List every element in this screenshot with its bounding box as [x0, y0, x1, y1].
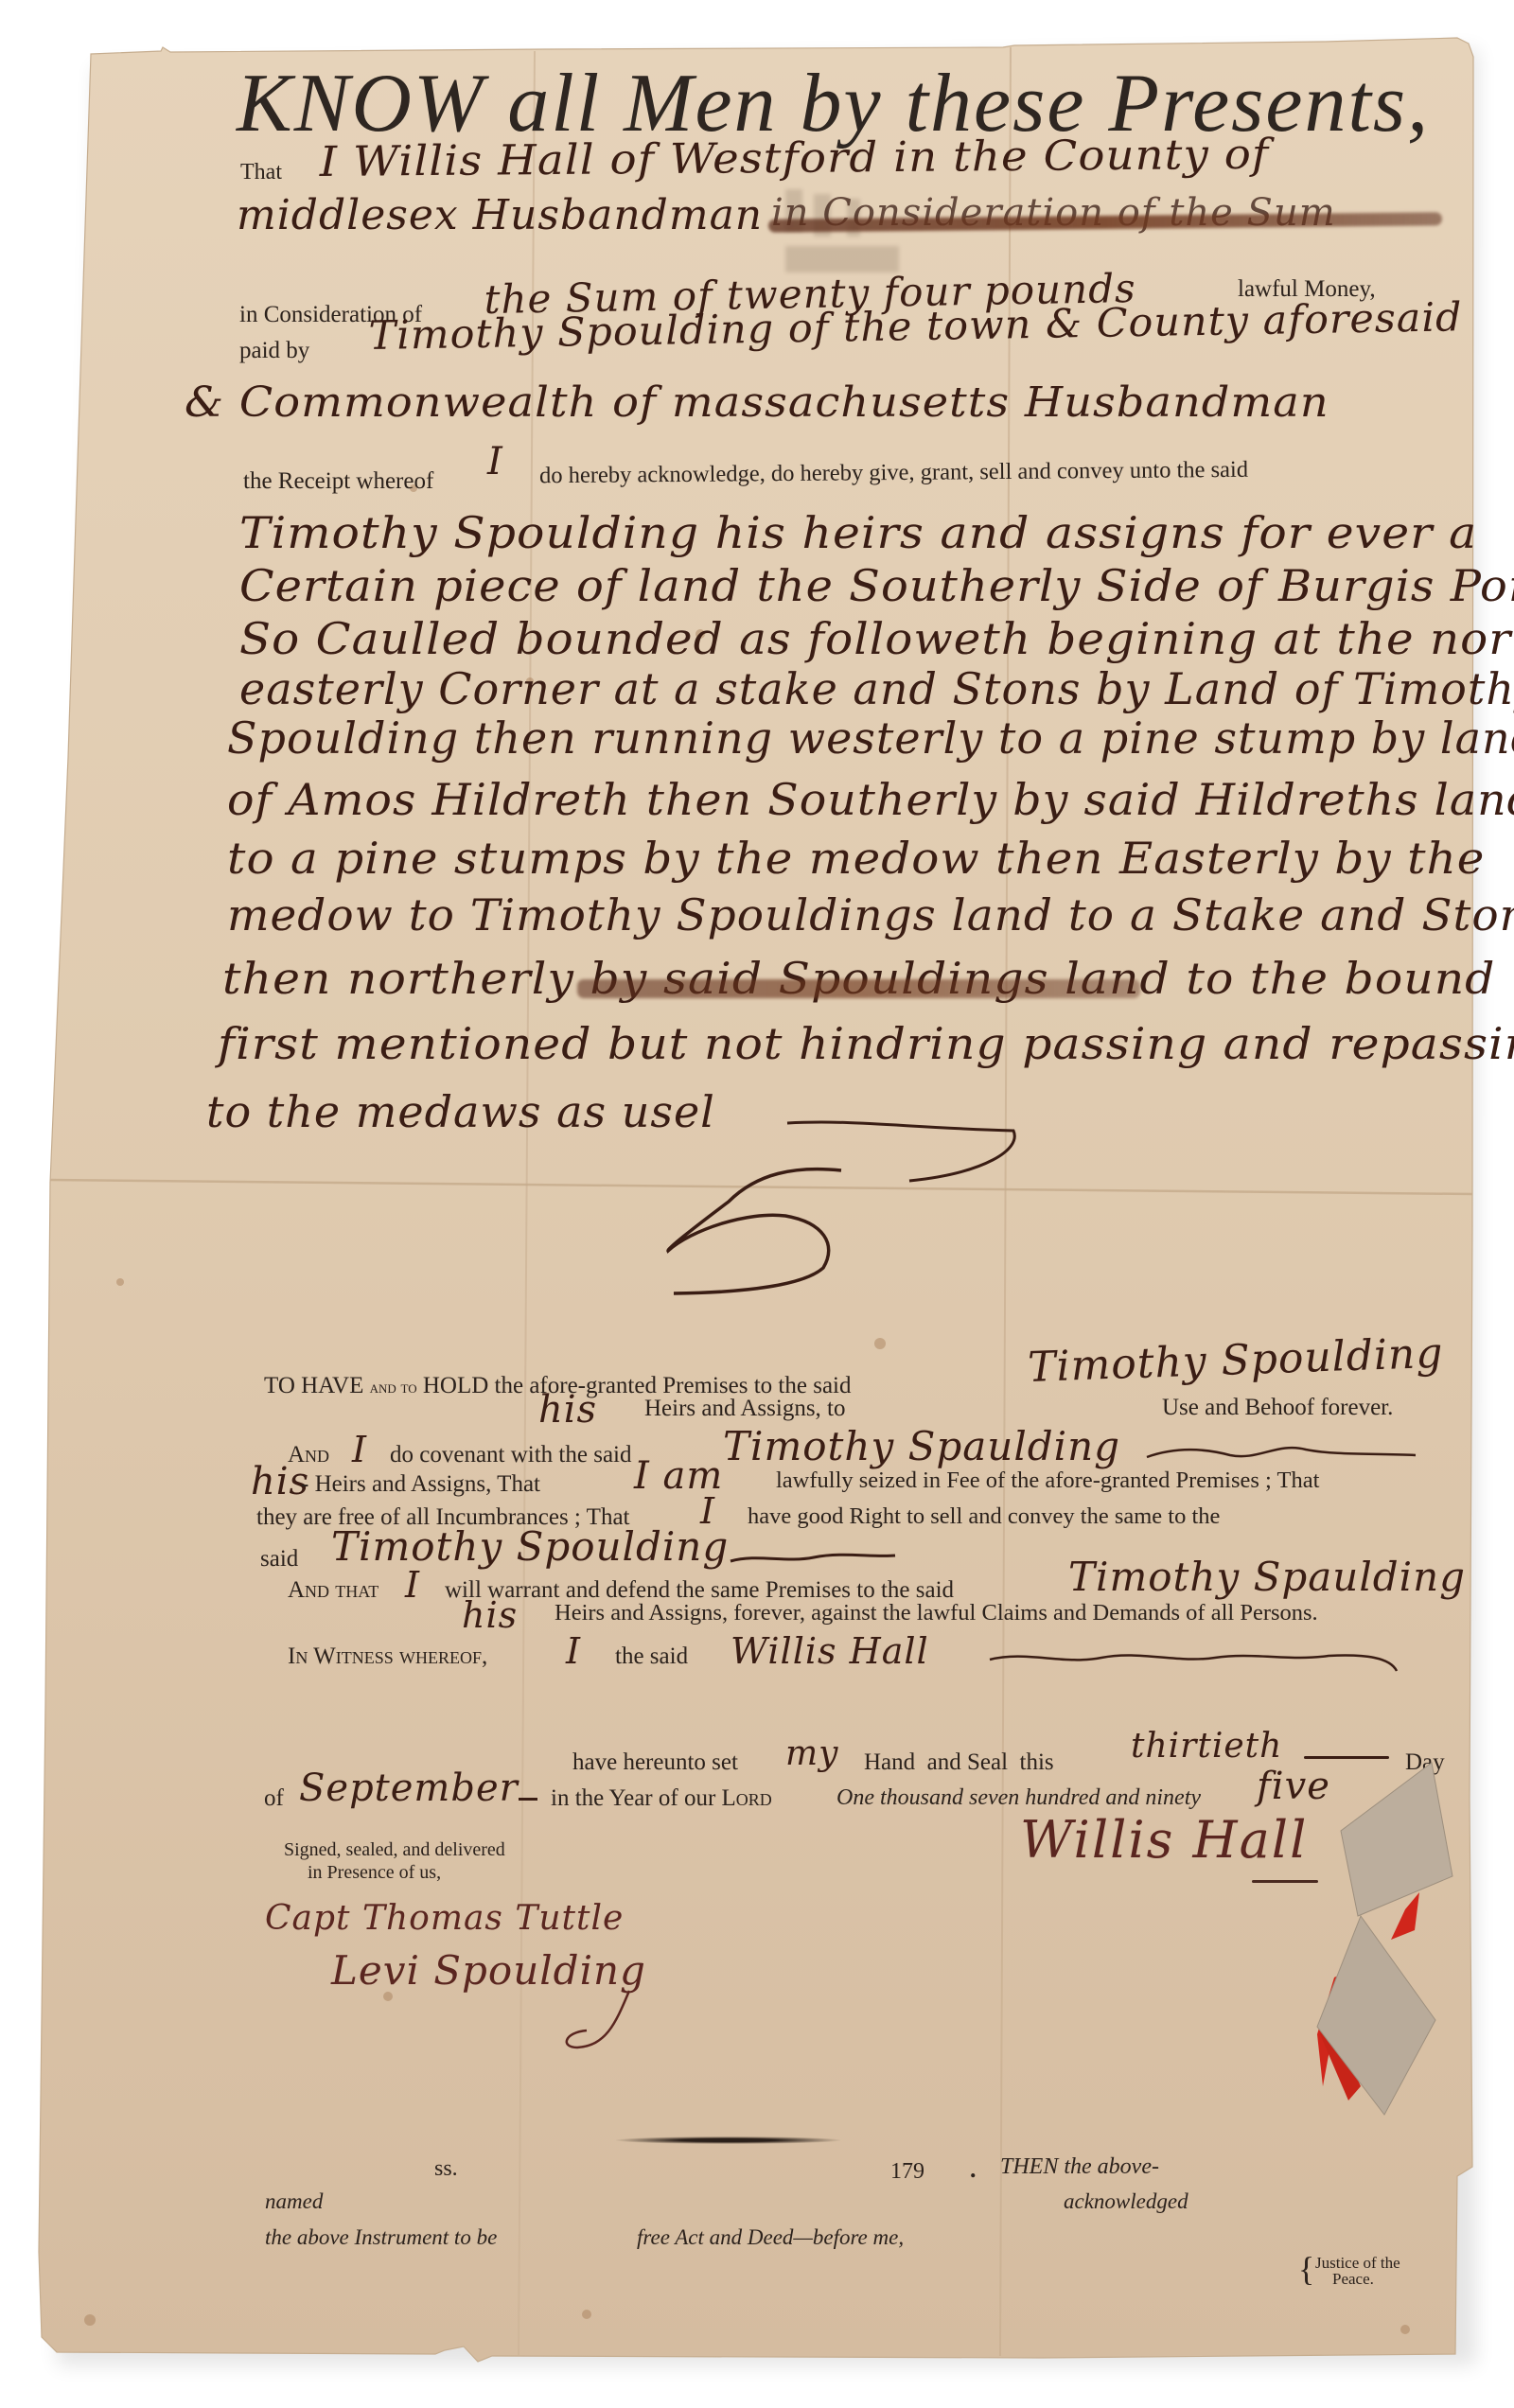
label-free-act: free Act and Deed—before me, [637, 2226, 904, 2248]
label-dot: . [970, 2157, 977, 2182]
label-acknowledged: acknowledged [1064, 2190, 1188, 2212]
seal [0, 0, 1514, 2408]
label-named: named [265, 2190, 323, 2212]
label-then: THEN the above- [1000, 2155, 1159, 2178]
label-instrument: the above Instrument to be [265, 2226, 497, 2248]
label-ss: ss. [434, 2157, 458, 2180]
decorative-rule [616, 2136, 840, 2144]
brace-icon: { [1298, 2252, 1314, 2286]
label-justice-1: Justice of the [1315, 2255, 1400, 2271]
label-179: 179 [890, 2160, 924, 2183]
label-justice-2: Peace. [1332, 2271, 1374, 2287]
